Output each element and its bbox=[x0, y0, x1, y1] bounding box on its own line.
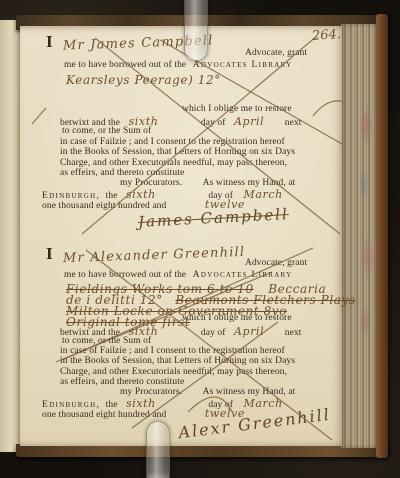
next-word: next bbox=[285, 118, 302, 128]
effeirs-line: as effeirs, and thereto constitute bbox=[60, 168, 184, 178]
restore-clause: which I oblige me to restore bbox=[182, 104, 292, 114]
next-word: next bbox=[285, 328, 302, 338]
folio-number: 264. bbox=[312, 27, 342, 44]
return-month: April bbox=[234, 325, 264, 338]
witness-line: my Procurators. As witness my Hand, at bbox=[120, 387, 295, 397]
signed-month: March bbox=[243, 397, 282, 410]
signed-month: March bbox=[243, 188, 282, 201]
failzie-line: in case of Failzie ; and I consent to th… bbox=[60, 137, 285, 147]
day-of-label: day of bbox=[201, 328, 226, 338]
restore-clause: which I oblige me to restore bbox=[182, 313, 292, 323]
glass-weight-top bbox=[184, 0, 208, 61]
failzie-line: in case of Failzie ; and I consent to th… bbox=[60, 346, 285, 356]
borrowed-prefix: me to have borrowed out of the bbox=[64, 270, 186, 280]
effeirs-line: as effeirs, and thereto constitute bbox=[60, 377, 184, 387]
printed-initial: I bbox=[46, 32, 53, 51]
charge-line: Charge, and other Executorials needful, … bbox=[60, 158, 287, 168]
borrowed-line: me to have borrowed out of the Advocates… bbox=[64, 270, 293, 280]
leather-cover-edge bbox=[376, 14, 388, 458]
session-line: in the Books of Session, that Letters of… bbox=[60, 356, 295, 366]
day-of-label: day of bbox=[201, 118, 226, 128]
witness-label: As witness my Hand, at bbox=[203, 178, 296, 188]
year-words: one thousand eight hundred and bbox=[42, 410, 166, 420]
borrower-name: Mr Alexander Greenhill bbox=[63, 245, 246, 266]
year-words: one thousand eight hundred and bbox=[42, 201, 166, 211]
procurators-label: my Procurators. bbox=[120, 387, 182, 397]
sum-line: to come, or the Sum of bbox=[62, 126, 151, 136]
library-name: Advocates Library bbox=[193, 270, 293, 280]
witness-label: As witness my Hand, at bbox=[203, 387, 296, 397]
record-opening-line: I Mr Alexander Greenhill bbox=[46, 244, 246, 264]
advocate-grant-line: Advocate, grant bbox=[245, 258, 307, 268]
witness-line: my Procurators. As witness my Hand, at bbox=[120, 178, 295, 188]
advocate-grant-line: Advocate, grant bbox=[245, 48, 307, 58]
ledger-page: 264. I Mr James Campbell Advocate, grant… bbox=[20, 26, 342, 446]
return-month: April bbox=[234, 115, 264, 128]
sum-line: to come, or the Sum of bbox=[62, 336, 151, 346]
book-title: Kearsleys Peerage) 12° bbox=[66, 73, 221, 87]
session-line: in the Books of Session, that Letters of… bbox=[60, 147, 295, 157]
borrowed-line: me to have borrowed out of the Advocates… bbox=[64, 60, 293, 70]
book-fore-edge bbox=[341, 24, 377, 448]
book-title-line: Kearsleys Peerage) 12° bbox=[66, 73, 221, 87]
charge-line: Charge, and other Executorials needful, … bbox=[60, 367, 287, 377]
glass-weight-bottom bbox=[146, 421, 170, 478]
photographed-ledger-scene: 264. I Mr James Campbell Advocate, grant… bbox=[0, 0, 400, 478]
library-name: Advocates Library bbox=[193, 60, 293, 70]
procurators-label: my Procurators. bbox=[120, 178, 182, 188]
borrowed-prefix: me to have borrowed out of the bbox=[64, 60, 186, 70]
printed-initial: I bbox=[46, 244, 53, 263]
